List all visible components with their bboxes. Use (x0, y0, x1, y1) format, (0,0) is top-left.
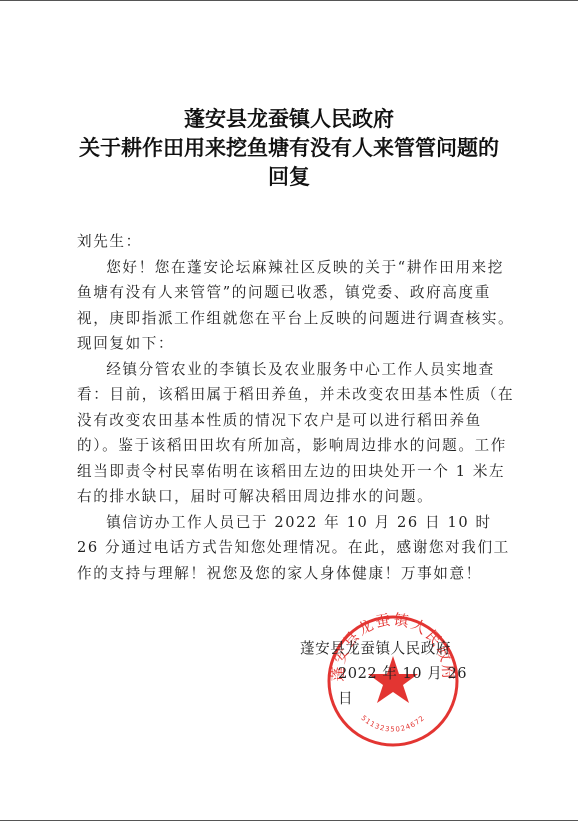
salutation: 刘先生： (77, 229, 517, 255)
document-title: 蓬安县龙蚕镇人民政府 关于耕作田用来挖鱼塘有没有人来管管问题的 回复 (0, 104, 578, 191)
seal-number: 5113235024672 (359, 714, 426, 734)
paragraph-1: 您好！您在蓬安论坛麻辣社区反映的关于“耕作田用来挖鱼塘有没有人来管管”的问题已收… (77, 255, 517, 357)
title-line-3: 回复 (0, 162, 578, 191)
paragraph-2: 经镇分管农业的李镇长及农业服务中心工作人员实地查看：目前，该稻田属于稻田养鱼，并… (77, 357, 517, 510)
title-line-1: 蓬安县龙蚕镇人民政府 (0, 104, 578, 133)
signature-date: 2022 年 10 月 26 日 (300, 661, 480, 711)
svg-text:5113235024672: 5113235024672 (359, 714, 426, 734)
document-body: 刘先生： 您好！您在蓬安论坛麻辣社区反映的关于“耕作田用来挖鱼塘有没有人来管管”… (77, 229, 517, 586)
paragraph-3: 镇信访办工作人员已于 2022 年 10 月 26 日 10 时 26 分通过电… (77, 510, 517, 587)
signature-organization: 蓬安县龙蚕镇人民政府 (300, 636, 480, 661)
signature-block: 蓬安县龙蚕镇人民政府 2022 年 10 月 26 日 (300, 636, 480, 711)
title-line-2: 关于耕作田用来挖鱼塘有没有人来管管问题的 (0, 133, 578, 162)
page-top-border (0, 0, 578, 1)
